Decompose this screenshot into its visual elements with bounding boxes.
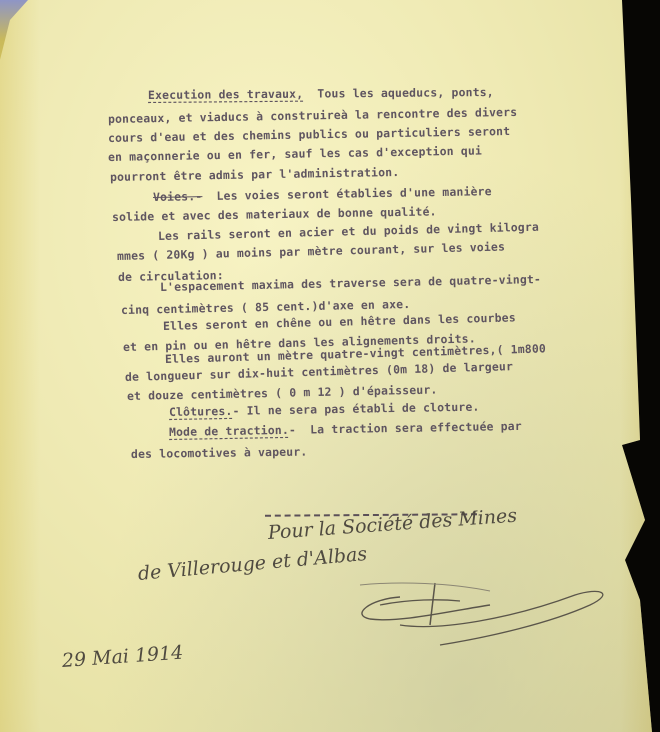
typed-line: des locomotives à vapeur. xyxy=(131,445,308,461)
line-text: et douze centimètres ( 0 m 12 ) d'épaiss… xyxy=(127,382,438,403)
typed-line: Mode de traction.- La traction sera effe… xyxy=(169,419,522,439)
section-heading: Voies.- xyxy=(153,189,203,204)
typed-line: Execution des travaux, Tous les aqueducs… xyxy=(148,85,494,102)
line-text: ponceaux, et viaducs à construireà la re… xyxy=(108,105,518,126)
typed-line: Voies.- Les voies seront établies d'une … xyxy=(153,184,492,204)
typed-line: ponceaux, et viaducs à construireà la re… xyxy=(108,105,518,126)
typed-line: pourront être admis par l'administration… xyxy=(110,165,400,184)
line-text: Tous les aqueducs, ponts, xyxy=(303,85,494,101)
typed-line: mmes ( 20Kg ) au moins par mètre courant… xyxy=(117,240,505,263)
line-text: en maçonnerie ou en fer, sauf les cas d'… xyxy=(108,143,482,164)
section-heading: Mode de traction. xyxy=(169,423,289,439)
line-text: - La traction sera effectuée par xyxy=(289,419,522,437)
typed-line: et douze centimètres ( 0 m 12 ) d'épaiss… xyxy=(127,382,438,403)
typed-line: Clôtures.- Il ne sera pas établi de clot… xyxy=(169,400,480,419)
line-text: - Il ne sera pas établi de cloture. xyxy=(232,400,479,418)
line-text: pourront être admis par l'administration… xyxy=(110,165,400,184)
line-text: Les voies seront établies d'une manière xyxy=(202,184,492,203)
section-heading: Execution des travaux, xyxy=(148,87,303,102)
line-text: mmes ( 20Kg ) au moins par mètre courant… xyxy=(117,240,505,263)
typed-line: solide et avec des materiaux de bonne qu… xyxy=(112,204,437,224)
typed-line: cours d'eau et des chemins publics ou pa… xyxy=(108,124,510,145)
line-text: cours d'eau et des chemins publics ou pa… xyxy=(108,124,510,145)
typed-line: en maçonnerie ou en fer, sauf les cas d'… xyxy=(108,143,482,164)
line-text: solide et avec des materiaux de bonne qu… xyxy=(112,204,437,224)
section-heading: Clôtures. xyxy=(169,404,233,419)
line-text: des locomotives à vapeur. xyxy=(131,445,308,461)
